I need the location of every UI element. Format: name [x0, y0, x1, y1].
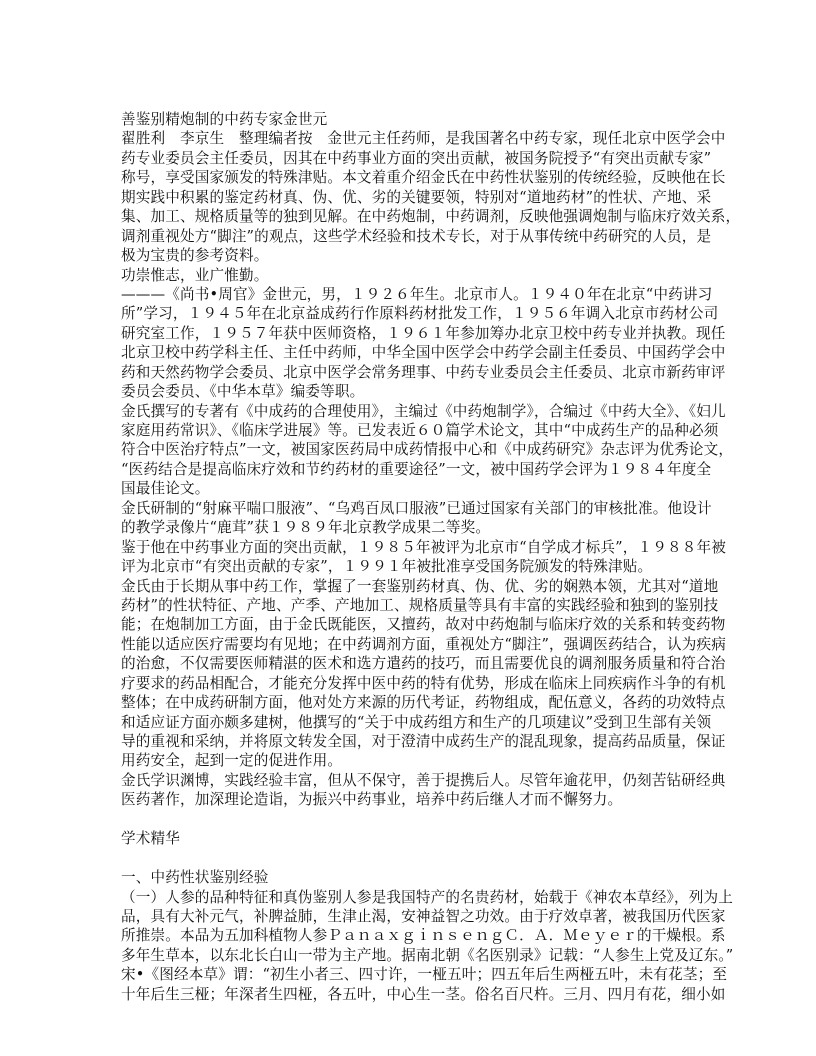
text-line: 药专业委员会主任委员，因其在中药事业方面的突出贡献，被国务院授予“有突出贡献专家…	[121, 149, 697, 168]
text-line: 调剂重视处方“脚注”的观点，这些学术经验和技术专长，对于从事传统中药研究的人员，…	[121, 227, 697, 246]
text-line: 所推崇。本品为五加科植物人参ＰａｎａｘｇｉｎｓｅｎｇＣ．Ａ．Ｍｅｙｅｒ的干燥根。…	[121, 926, 697, 945]
text-line: 导的重视和采纳，并将原文转发全国，对于澄清中成药生产的混乱现象，提高药品质量，保…	[121, 732, 697, 751]
text-line: 称号，享受国家颁发的特殊津贴。本文着重介绍金氏在中药性状鉴别的传统经验，反映他在…	[121, 168, 697, 187]
text-line: 家庭用药常识》、《临床学进展》等。已发表近６０篇学术论文，其中“中成药生产的品种…	[121, 421, 697, 440]
text-line: 多年生草本，以东北长白山一带为主产地。据南北朝《名医别录》记载：“人参生上党及辽…	[121, 946, 697, 965]
text-line: 金氏撰写的专著有《中成药的合理使用》，主编过《中药炮制学》，合编过《中药大全》、…	[121, 402, 697, 421]
character-paragraph: 金氏学识渊博，实践经验丰富，但从不保守，善于提携后人。尽管年逾花甲，仍刻苦钻研经…	[121, 771, 697, 810]
motto-quote: 功崇惟志，业广惟勤。	[121, 266, 697, 285]
text-line: 金氏学识渊博，实践经验丰富，但从不保守，善于提携后人。尽管年逾花甲，仍刻苦钻研经…	[121, 771, 697, 790]
expertise-paragraph: 金氏由于长期从事中药工作，掌握了一套鉴别药材真、伪、优、劣的娴熟本领，尤其对“道…	[121, 577, 697, 771]
text-line: 医药著作，加深理论造诣，为振兴中药事业，培养中药后继人才而不懈努力。	[121, 790, 697, 809]
text-line: 期实践中积累的鉴定药材真、伪、优、劣的关键要领，特别对“道地药材”的性状、产地、…	[121, 188, 697, 207]
text-line: 北京卫校中药学科主任、主任中药师，中华全国中医学会中药学会副主任委员、中国药学会…	[121, 343, 697, 362]
text-line: 性能以适应医疗需要均有见地；在中药调剂方面，重视处方“脚注”，强调医药结合，认为…	[121, 635, 697, 654]
text-line: 品，具有大补元气，补脾益肺，生津止渴，安神益智之功效。由于疗效卓著，被我国历代医…	[121, 907, 697, 926]
text-line: （一）人参的品种特征和真伪鉴别人参是我国特产的名贵药材，始载于《神农本草经》，列…	[121, 888, 697, 907]
text-line: 整体；在中成药研制方面，他对处方来源的历代考证，药物组成，配伍意义，各药的功效特…	[121, 693, 697, 712]
biography-paragraph: ———《尚书•周官》金世元，男，１９２６年生。北京市人。１９４０年在北京“中药讲…	[121, 285, 697, 402]
subsection-heading: 一、中药性状鉴别经验	[121, 868, 697, 887]
section-heading: 学术精华	[121, 829, 697, 848]
text-line: 所”学习，１９４５年在北京益成药行作原料药材批发工作，１９５６年调入北京市药材公…	[121, 304, 697, 323]
text-line: 药和天然药物学会委员、北京中医学会常务理事、中药专业委员会主任委员、北京市新药审…	[121, 363, 697, 382]
text-line: ———《尚书•周官》金世元，男，１９２６年生。北京市人。１９４０年在北京“中药讲…	[121, 285, 697, 304]
ginseng-paragraph: （一）人参的品种特征和真伪鉴别人参是我国特产的名贵药材，始载于《神农本草经》，列…	[121, 888, 697, 1005]
blank-line	[121, 849, 697, 868]
text-line: 翟胜利 李京生 整理编者按 金世元主任药师，是我国著名中药专家，现任北京中医学会…	[121, 129, 697, 148]
text-line: 研究室工作，１９５７年获中医师资格，１９６１年参加筹办北京卫校中药专业并执教。现…	[121, 324, 697, 343]
editor-note-paragraph: 翟胜利 李京生 整理编者按 金世元主任药师，是我国著名中药专家，现任北京中医学会…	[121, 129, 697, 265]
works-paragraph: 金氏撰写的专著有《中成药的合理使用》，主编过《中药炮制学》，合编过《中药大全》、…	[121, 402, 697, 499]
honors-paragraph: 鉴于他在中药事业方面的突出贡献，１９８５年被评为北京市“自学成才标兵”，１９８８…	[121, 538, 697, 577]
text-line: 极为宝贵的参考资料。	[121, 246, 697, 265]
text-line: 疗要求的药品相配合，才能充分发挥中医中药的特有优势，形成在临床上同疾病作斗争的有…	[121, 674, 697, 693]
text-line: 符合中医治疗特点”一文，被国家医药局中成药情报中心和《中成药研究》杂志评为优秀论…	[121, 440, 697, 459]
document-title: 善鉴别精炮制的中药专家金世元	[121, 110, 697, 129]
text-line: 委员会委员、《中华本草》编委等职。	[121, 382, 697, 401]
text-line: “医药结合是提高临床疗效和节约药材的重要途径”一文，被中国药学会评为１９８４年度…	[121, 460, 697, 479]
text-line: 鉴于他在中药事业方面的突出贡献，１９８５年被评为北京市“自学成才标兵”，１９８８…	[121, 538, 697, 557]
text-line: 评为北京市“有突出贡献的专家”，１９９１年被批准享受国务院颁发的特殊津贴。	[121, 557, 697, 576]
document-page: 善鉴别精炮制的中药专家金世元 翟胜利 李京生 整理编者按 金世元主任药师，是我国…	[121, 110, 697, 1004]
text-line: 集、加工、规格质量等的独到见解。在中药炮制，中药调剂，反映他强调炮制与临床疗效关…	[121, 207, 697, 226]
text-line: 金氏研制的“射麻平喘口服液”、“乌鸡百凤口服液”已通过国家有关部门的审核批准。他…	[121, 499, 697, 518]
text-line: 的治愈，不仅需要医师精湛的医术和选方遣药的技巧，而且需要优良的调剂服务质量和符合…	[121, 654, 697, 673]
blank-line	[121, 810, 697, 829]
text-line: 十年后生三桠；年深者生四桠，各五叶，中心生一茎。俗名百尺杵。三月、四月有花，细小…	[121, 985, 697, 1004]
text-line: 能；在炮制加工方面，由于金氏既能医，又擅药，故对中药炮制与临床疗效的关系和转变药…	[121, 615, 697, 634]
text-line: 的教学录像片“鹿茸”获１９８９年北京教学成果二等奖。	[121, 518, 697, 537]
text-line: 药材”的性状特征、产地、产季、产地加工、规格质量等具有丰富的实践经验和独到的鉴别…	[121, 596, 697, 615]
text-line: 宋•《图经本草》谓：“初生小者三、四寸许，一桠五叶；四五年后生两桠五叶，未有花茎…	[121, 965, 697, 984]
products-paragraph: 金氏研制的“射麻平喘口服液”、“乌鸡百凤口服液”已通过国家有关部门的审核批准。他…	[121, 499, 697, 538]
text-line: 用药安全，起到一定的促进作用。	[121, 751, 697, 770]
text-line: 和适应证方面亦颇多建树，他撰写的“关于中成药组方和生产的几项建议”受到卫生部有关…	[121, 713, 697, 732]
text-line: 金氏由于长期从事中药工作，掌握了一套鉴别药材真、伪、优、劣的娴熟本领，尤其对“道…	[121, 577, 697, 596]
text-line: 国最佳论文。	[121, 479, 697, 498]
